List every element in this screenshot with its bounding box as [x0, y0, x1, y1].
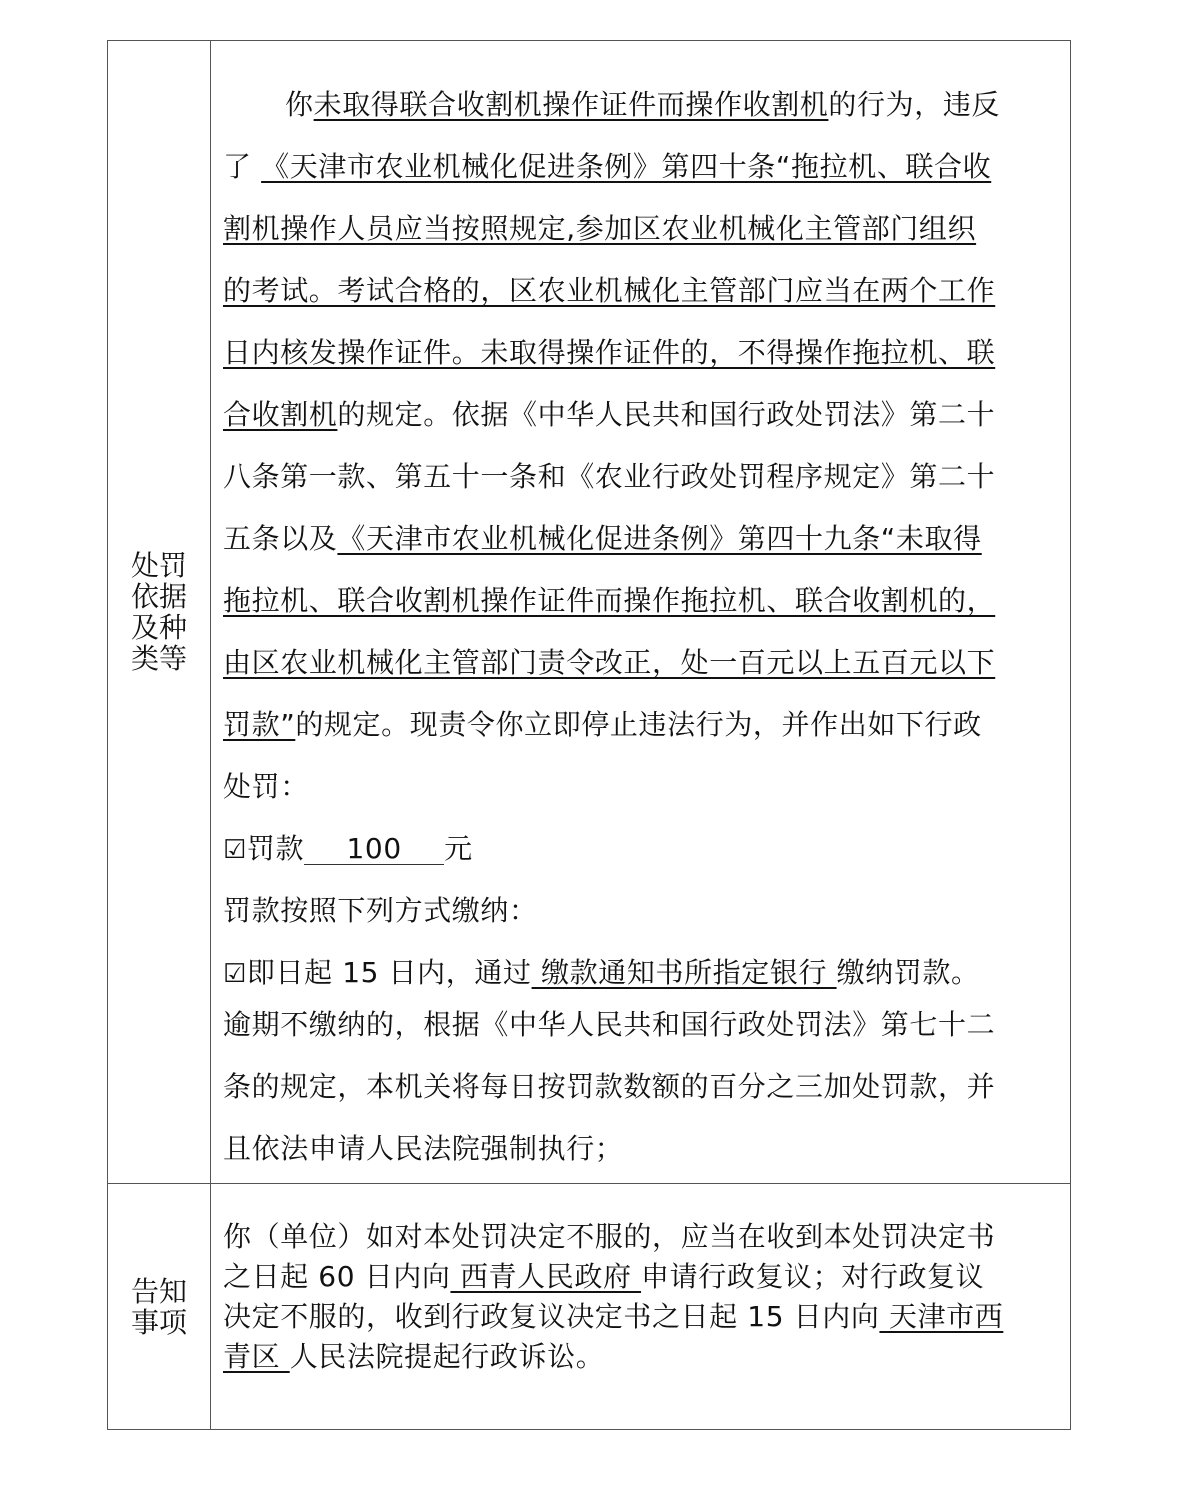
overdue-line-2: 条的规定，本机关将每日按罚款数额的百分之三加处罚款，并	[223, 1066, 1060, 1128]
penalty-decision-table: 处罚依据及种类等 你未取得联合收割机操作证件而操作收割机的行为，违反了 《天津市…	[107, 40, 1071, 1430]
text: 申请行政复议；对行政复议	[641, 1260, 984, 1293]
underlined-text: 日内核发操作证件。未取得操作证件的，不得操作拖拉机、联	[223, 336, 995, 369]
payment-checkbox[interactable]: ☑	[223, 959, 247, 989]
notice-paragraph: 你（单位）如对本处罚决定不服的，应当在收到本处罚决定书之日起 60 日内向 西青…	[223, 1219, 1060, 1379]
underlined-text: 西青人民政府	[450, 1260, 641, 1293]
penalty-basis-line: 罚款”的规定。现责令你立即停止违法行为，并作出如下行政	[223, 704, 1060, 766]
notice-content: 你（单位）如对本处罚决定不服的，应当在收到本处罚决定书之日起 60 日内向 西青…	[211, 1184, 1070, 1429]
underlined-text: 青区	[223, 1340, 290, 1373]
underlined-text: 由区农业机械化主管部门责令改正，处一百元以上五百元以下	[223, 646, 995, 679]
text: 之日起 60 日内向	[223, 1260, 450, 1293]
text: 五条以及	[223, 522, 337, 555]
penalty-basis-label-cell: 处罚依据及种类等	[108, 41, 211, 1183]
fine-amount: 100	[304, 834, 444, 865]
text: 的规定。现责令你立即停止违法行为，并作出如下行政	[295, 708, 981, 741]
underlined-text: 拖拉机、联合收割机操作证件而操作拖拉机、联合收割机的，	[223, 584, 995, 617]
penalty-basis-line: 你未取得联合收割机操作证件而操作收割机的行为，违反	[223, 84, 1060, 146]
notice-line: 之日起 60 日内向 西青人民政府 申请行政复议；对行政复议	[223, 1259, 1060, 1299]
text: 人民法院提起行政诉讼。	[290, 1340, 605, 1373]
underlined-text: 的考试。考试合格的，区农业机械化主管部门应当在两个工作	[223, 274, 995, 307]
notice-label: 告知事项	[128, 1276, 190, 1338]
penalty-basis-line: 了 《天津市农业机械化促进条例》第四十条“拖拉机、联合收	[223, 146, 1060, 208]
underlined-text: 罚款”	[223, 708, 295, 741]
fine-line: ☑罚款100元	[223, 828, 1060, 890]
penalty-basis-line: 的考试。考试合格的，区农业机械化主管部门应当在两个工作	[223, 270, 1060, 332]
underlined-text: 未取得联合收割机操作证件而操作收割机	[314, 88, 829, 121]
penalty-basis-paragraph: 你未取得联合收割机操作证件而操作收割机的行为，违反了 《天津市农业机械化促进条例…	[223, 84, 1060, 828]
penalty-basis-line: 处罚：	[223, 766, 1060, 828]
penalty-basis-line: 割机操作人员应当按照规定,参加区农业机械化主管部门组织	[223, 208, 1060, 270]
fine-prefix: 罚款	[247, 832, 304, 865]
underlined-text: 割机操作人员应当按照规定,参加区农业机械化主管部门组织	[223, 212, 976, 245]
payment-method: 缴款通知书所指定银行	[532, 956, 837, 989]
penalty-basis-line: 拖拉机、联合收割机操作证件而操作拖拉机、联合收割机的，	[223, 580, 1060, 642]
penalty-basis-line: 日内核发操作证件。未取得操作证件的，不得操作拖拉机、联	[223, 332, 1060, 394]
text: 决定不服的，收到行政复议决定书之日起 15 日内向	[223, 1300, 879, 1333]
text: 处罚：	[223, 770, 309, 803]
payment-heading: 罚款按照下列方式缴纳：	[223, 890, 1060, 952]
payment-suffix: 缴纳罚款。	[837, 956, 980, 989]
notice-line: 决定不服的，收到行政复议决定书之日起 15 日内向 天津市西	[223, 1299, 1060, 1339]
text: 八条第一款、第五十一条和《农业行政处罚程序规定》第二十	[223, 460, 995, 493]
underlined-text: 《天津市农业机械化促进条例》第四十条“拖拉机、联合收	[261, 150, 991, 183]
notice-line: 青区 人民法院提起行政诉讼。	[223, 1339, 1060, 1379]
payment-prefix: 即日起 15 日内，通过	[247, 956, 532, 989]
text: 了	[223, 150, 261, 183]
text: 你（单位）如对本处罚决定不服的，应当在收到本处罚决定书	[223, 1220, 995, 1253]
overdue-line-1: 逾期不缴纳的，根据《中华人民共和国行政处罚法》第七十二	[223, 1004, 1060, 1066]
penalty-basis-line: 五条以及《天津市农业机械化促进条例》第四十九条“未取得	[223, 518, 1060, 580]
fine-unit: 元	[444, 832, 473, 865]
penalty-basis-line: 由区农业机械化主管部门责令改正，处一百元以上五百元以下	[223, 642, 1060, 704]
penalty-basis-label: 处罚依据及种类等	[128, 550, 190, 674]
text: 的行为，违反	[828, 88, 1000, 121]
underlined-text: 《天津市农业机械化促进条例》第四十九条“未取得	[337, 522, 981, 555]
text: 你	[285, 88, 314, 121]
notice-label-cell: 告知事项	[108, 1184, 211, 1429]
underlined-text: 合收割机	[223, 398, 337, 431]
penalty-basis-row: 处罚依据及种类等 你未取得联合收割机操作证件而操作收割机的行为，违反了 《天津市…	[108, 41, 1070, 1184]
text: 的规定。依据《中华人民共和国行政处罚法》第二十	[337, 398, 995, 431]
notice-line: 你（单位）如对本处罚决定不服的，应当在收到本处罚决定书	[223, 1219, 1060, 1259]
penalty-basis-line: 八条第一款、第五十一条和《农业行政处罚程序规定》第二十	[223, 456, 1060, 518]
notice-row: 告知事项 你（单位）如对本处罚决定不服的，应当在收到本处罚决定书之日起 60 日…	[108, 1184, 1070, 1429]
underlined-text: 天津市西	[879, 1300, 1003, 1333]
payment-option-line: ☑即日起 15 日内，通过 缴款通知书所指定银行 缴纳罚款。	[223, 952, 1060, 1004]
penalty-basis-line: 合收割机的规定。依据《中华人民共和国行政处罚法》第二十	[223, 394, 1060, 456]
overdue-line-3: 且依法申请人民法院强制执行；	[223, 1128, 1060, 1190]
penalty-basis-content: 你未取得联合收割机操作证件而操作收割机的行为，违反了 《天津市农业机械化促进条例…	[211, 41, 1070, 1183]
fine-checkbox[interactable]: ☑	[223, 835, 247, 865]
